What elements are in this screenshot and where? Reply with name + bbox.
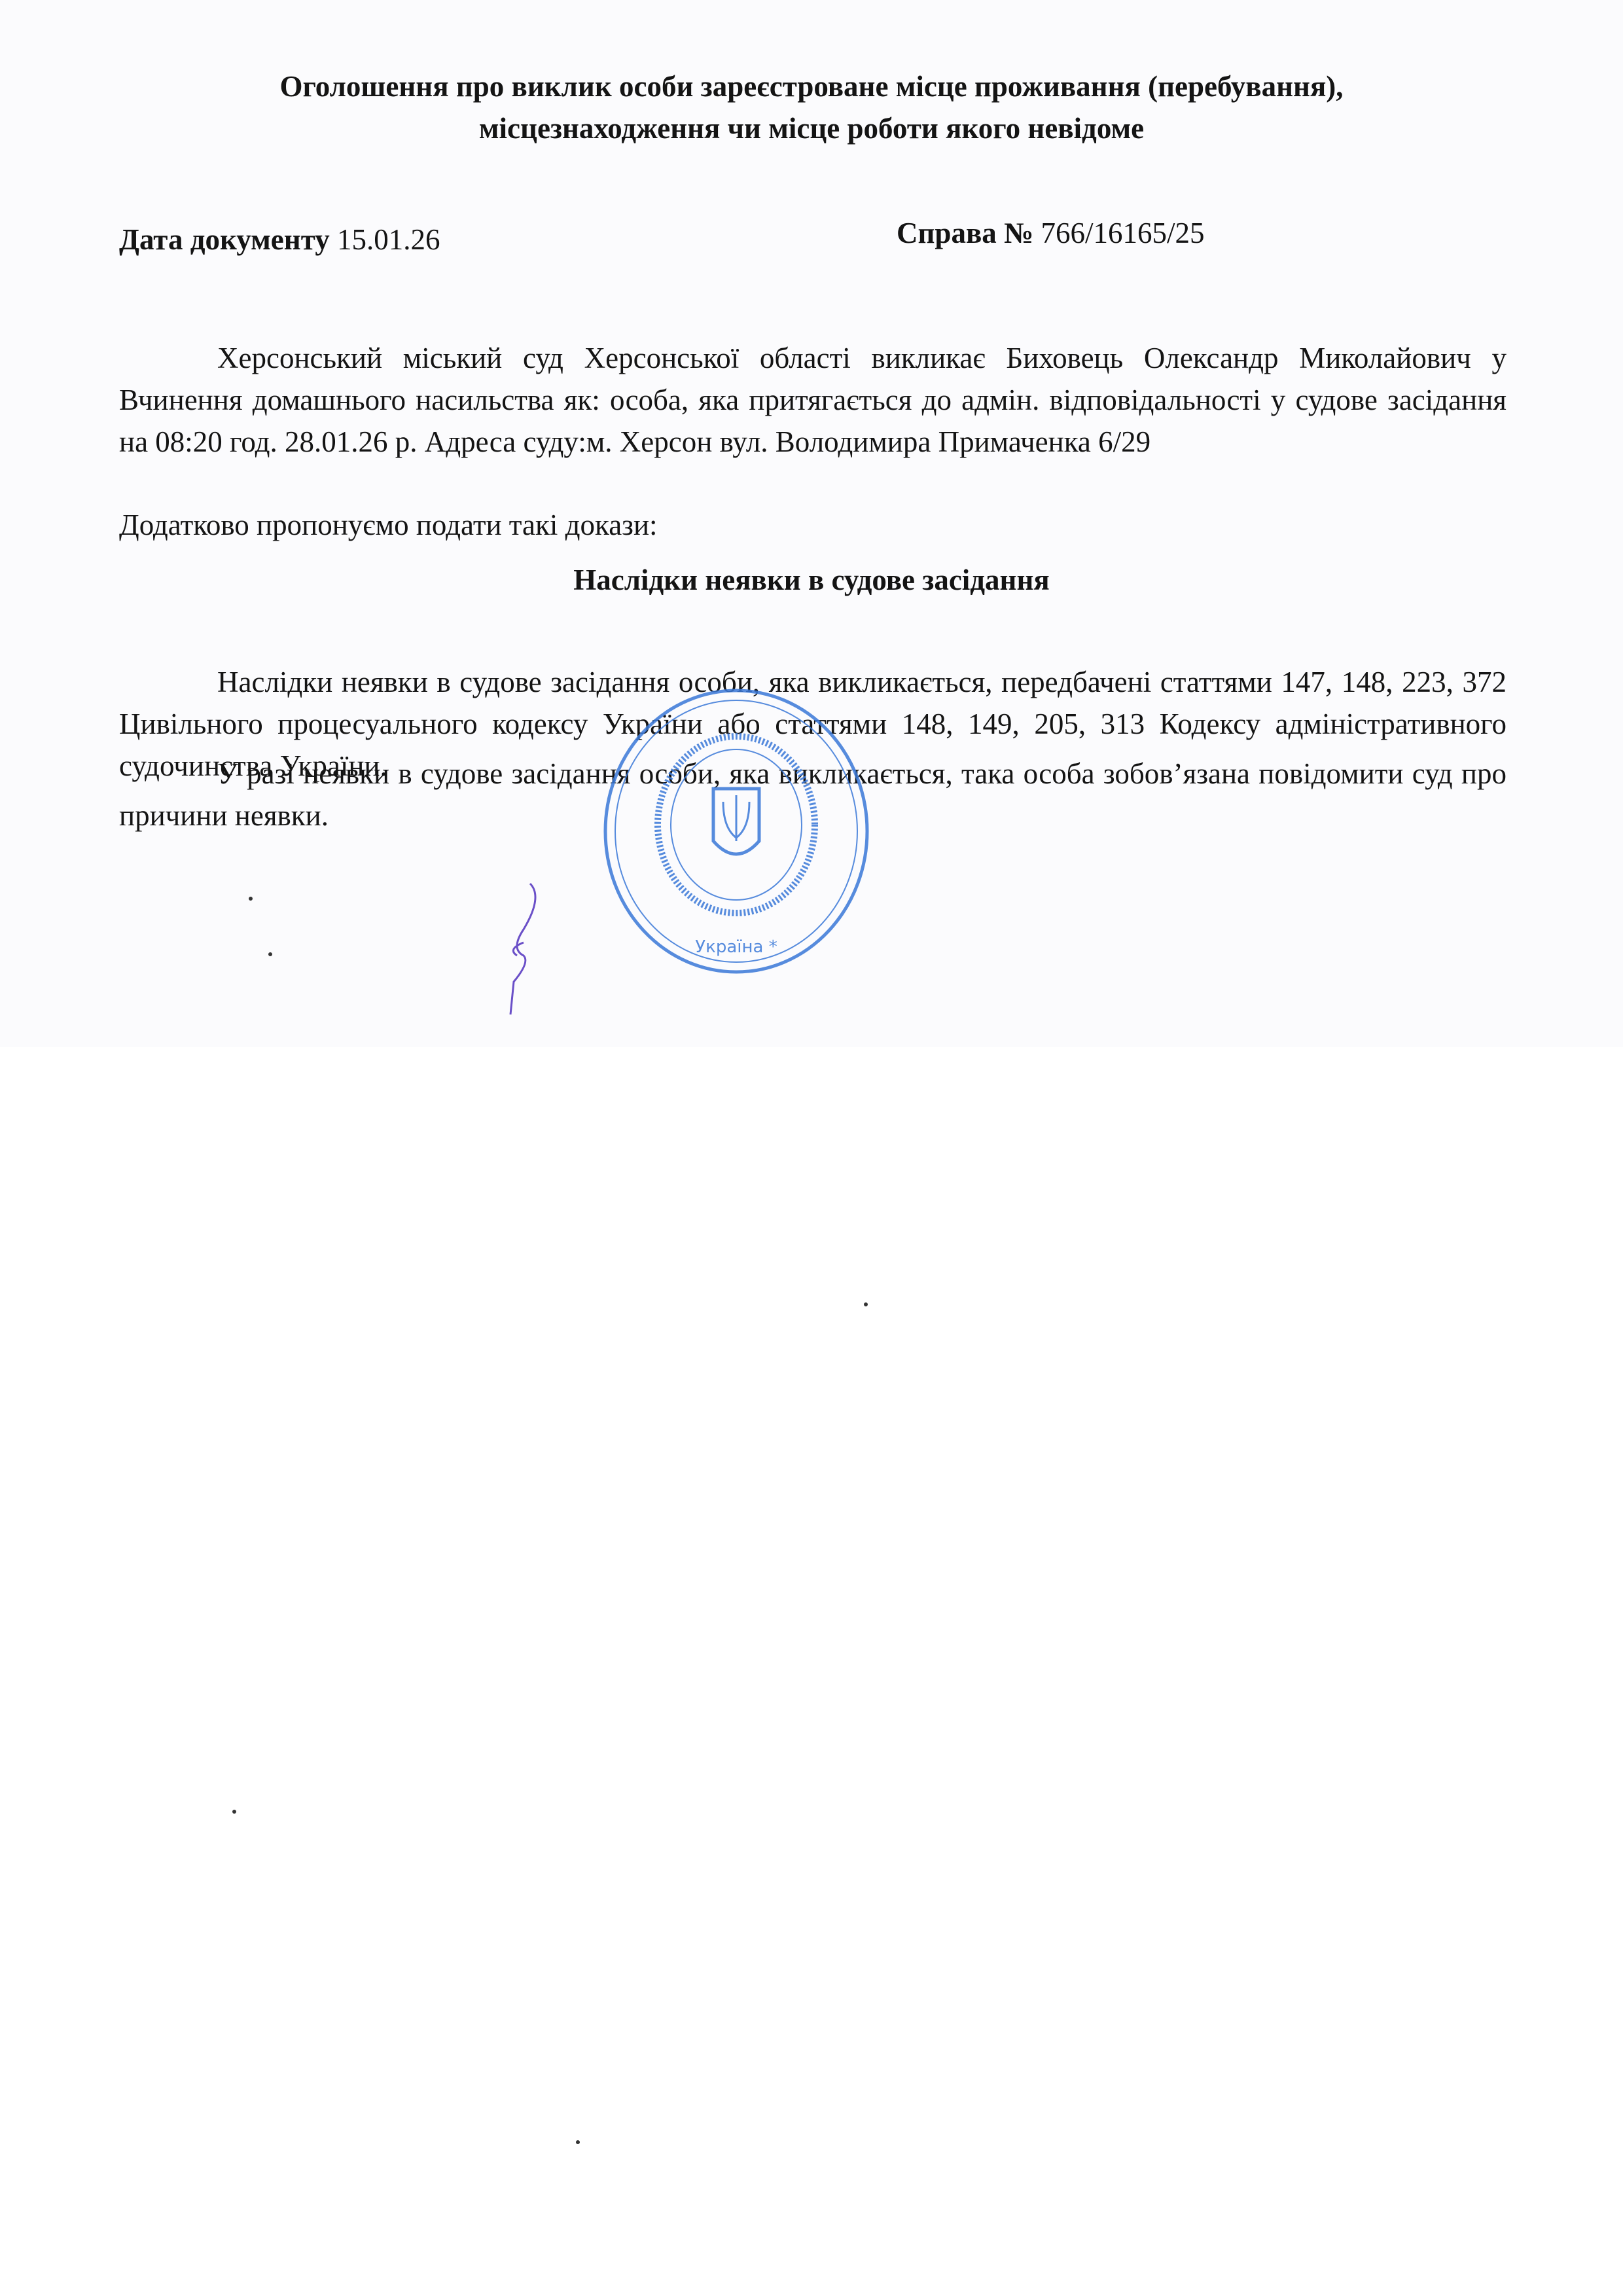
document-date: Дата документу 15.01.26 [119, 223, 440, 257]
case-label: Справа № [897, 217, 1033, 249]
blank-lower-area [0, 1047, 1623, 2296]
scan-speck [268, 952, 272, 956]
scan-speck [864, 1302, 868, 1306]
scan-speck [576, 2140, 580, 2144]
document-page: Оголошення про виклик особи зареєстрован… [0, 0, 1623, 2296]
scan-speck [232, 1810, 236, 1814]
case-number: Справа № 766/16165/25 [897, 216, 1205, 250]
svg-text:Україна *: Україна * [695, 937, 777, 957]
summons-paragraph: Херсонський міський суд Херсонської обла… [119, 337, 1507, 463]
title-line-2: місцезнаходження чи місце роботи якого н… [118, 107, 1505, 149]
section-title: Наслідки неявки в судове засідання [118, 563, 1505, 597]
title-line-1: Оголошення про виклик особи зареєстрован… [118, 65, 1505, 107]
case-value: 766/16165/25 [1041, 217, 1204, 249]
evidence-line: Додатково пропонуємо подати такі докази: [119, 504, 1507, 546]
scan-speck [249, 897, 253, 901]
date-value: 15.01.26 [337, 223, 440, 256]
court-stamp-icon: Україна * [589, 684, 883, 978]
date-label: Дата документу [119, 223, 330, 256]
document-title: Оголошення про виклик особи зареєстрован… [118, 65, 1505, 149]
signature-icon [491, 877, 556, 1021]
